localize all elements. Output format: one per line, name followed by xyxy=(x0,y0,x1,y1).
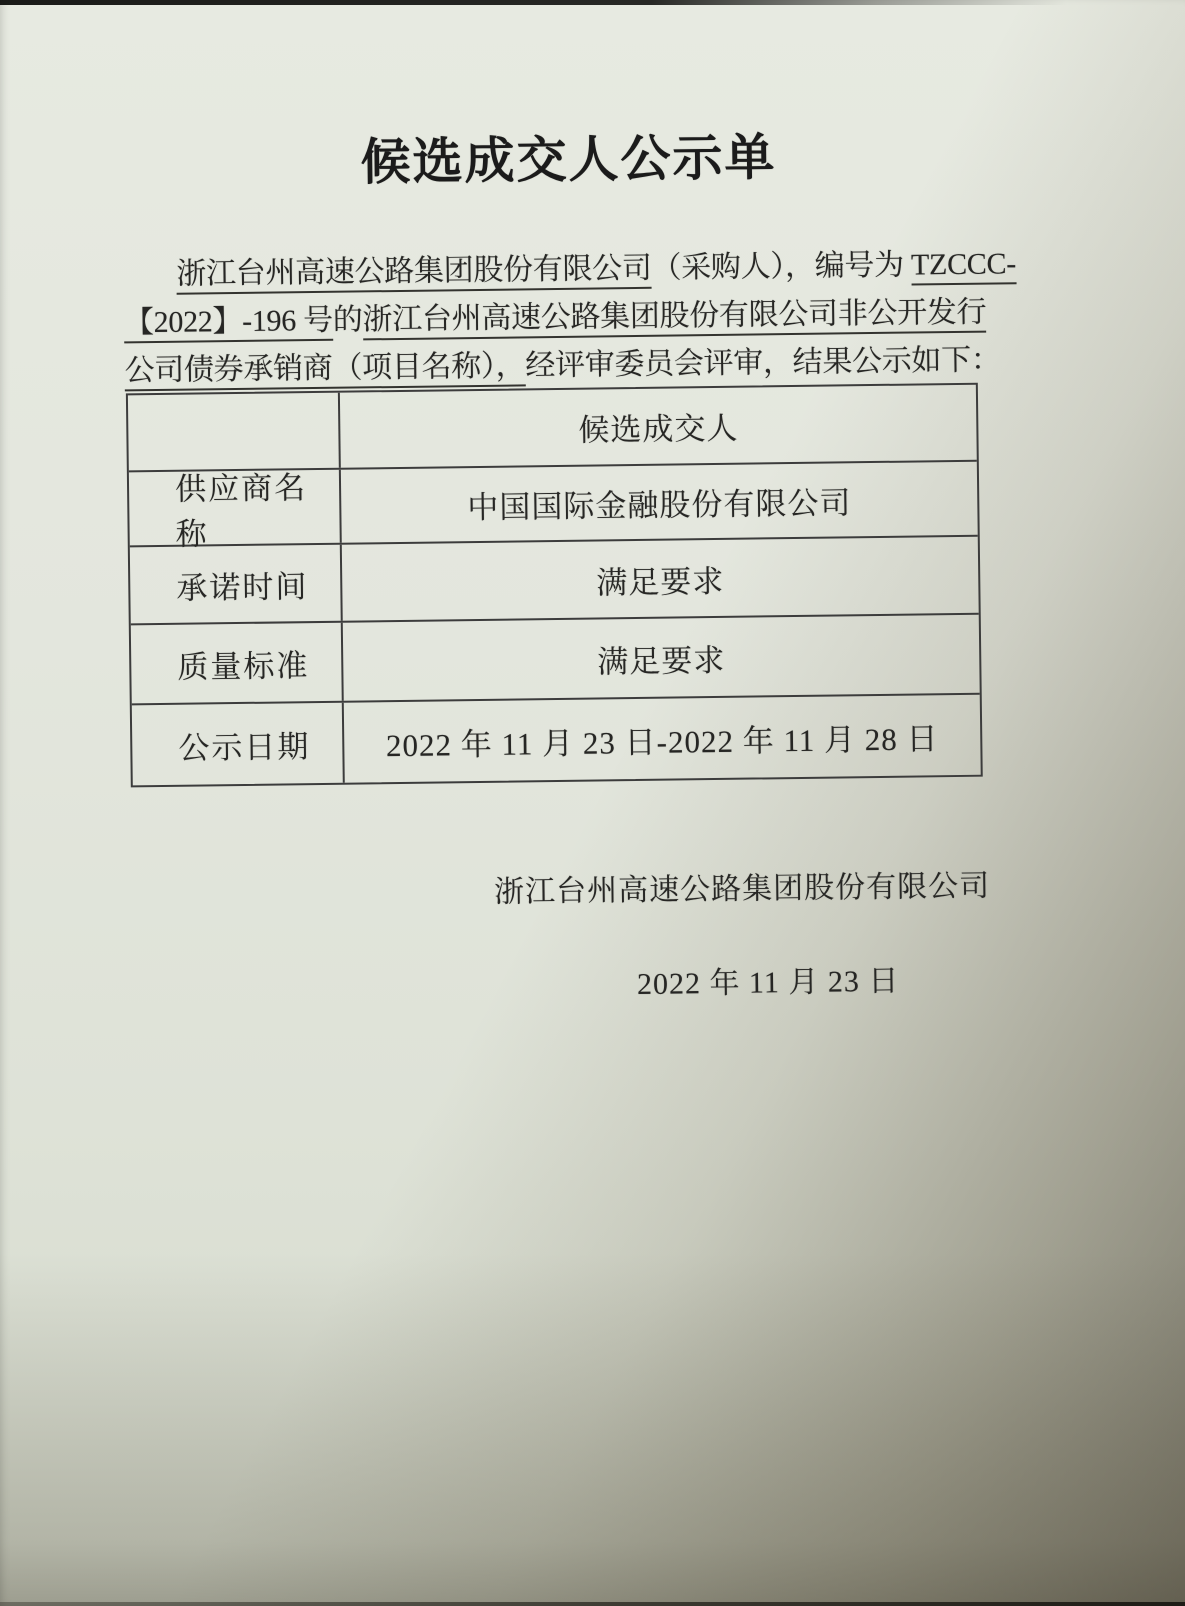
signature-date: 2022 年 11 月 23 日 xyxy=(132,954,1025,1009)
commitment-time-label: 承诺时间 xyxy=(130,545,343,624)
candidate-winner-header: 候选成交人 xyxy=(340,385,977,468)
publicity-date-label: 公示日期 xyxy=(132,703,345,786)
paper-content: 候选成交人公示单 浙江台州高速公路集团股份有限公司（采购人），编号为 TZCCC… xyxy=(120,0,1033,1606)
intro-paragraph: 浙江台州高速公路集团股份有限公司（采购人），编号为 TZCCC- 【2022】-… xyxy=(123,240,1018,395)
table-row-commitment-time: 承诺时间 满足要求 xyxy=(130,535,979,624)
quality-standard-label: 质量标准 xyxy=(131,623,344,704)
quality-standard-value: 满足要求 xyxy=(343,615,980,701)
publicity-date-value: 2022 年 11 月 23 日-2022 年 11 月 28 日 xyxy=(344,695,981,783)
project-name-part2-underlined: 公司债券承销商（项目名称）， xyxy=(124,349,525,391)
intro-line-3-text: 经评审委员会评审，结果公示如下： xyxy=(525,343,1001,382)
results-table: 候选成交人 供应商名称 中国国际金融股份有限公司 承诺时间 满足要求 质量标准 … xyxy=(126,383,983,788)
table-row-quality-standard: 质量标准 满足要求 xyxy=(131,613,980,704)
photo-top-edge xyxy=(0,0,1185,5)
intro-line-2-text: 的 xyxy=(333,303,363,336)
project-name-part1-underlined: 浙江台州高速公路集团股份有限公司非公开发行 xyxy=(362,296,986,341)
photo-bottom-edge xyxy=(0,1602,1185,1606)
page-title: 候选成交人公示单 xyxy=(122,114,1016,197)
table-row-header: 候选成交人 xyxy=(128,385,977,471)
supplier-name-value: 中国国际金融股份有限公司 xyxy=(341,462,978,543)
row-label-empty xyxy=(128,393,341,471)
commitment-time-value: 满足要求 xyxy=(342,537,979,621)
project-number-prefix-underlined: TZCCC- xyxy=(911,247,1016,285)
purchaser-name-underlined: 浙江台州高速公路集团股份有限公司 xyxy=(176,252,652,295)
table-row-supplier: 供应商名称 中国国际金融股份有限公司 xyxy=(129,460,978,546)
document-photo: 候选成交人公示单 浙江台州高速公路集团股份有限公司（采购人），编号为 TZCCC… xyxy=(0,0,1185,1606)
supplier-name-label: 供应商名称 xyxy=(129,470,342,546)
project-number-underlined: 【2022】-196 号 xyxy=(124,304,333,344)
signature-company: 浙江台州高速公路集团股份有限公司 xyxy=(131,860,1024,915)
intro-line-1-text: （采购人），编号为 xyxy=(651,249,911,285)
table-row-publicity-date: 公示日期 2022 年 11 月 23 日-2022 年 11 月 28 日 xyxy=(132,693,981,786)
